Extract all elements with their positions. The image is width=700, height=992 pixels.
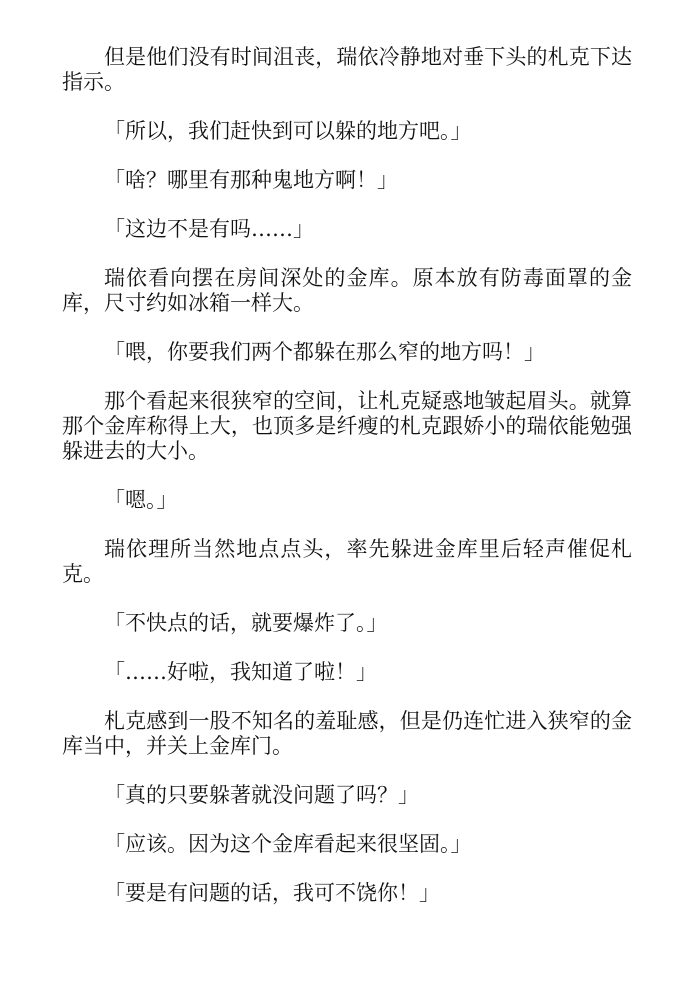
dialogue-paragraph: 「所以，我们赶快到可以躲的地方吧。」 [62, 119, 632, 144]
dialogue-paragraph: 「真的只要躲著就没问题了吗？」 [62, 783, 632, 808]
document-page: 但是他们没有时间沮丧，瑞依冷静地对垂下头的札克下达指示。 「所以，我们赶快到可以… [62, 45, 632, 930]
narration-paragraph: 但是他们没有时间沮丧，瑞依冷静地对垂下头的札克下达指示。 [62, 45, 632, 95]
narration-paragraph: 那个看起来很狭窄的空间，让札克疑惑地皱起眉头。就算那个金库称得上大，也顶多是纤瘦… [62, 389, 632, 464]
narration-paragraph: 瑞依看向摆在房间深处的金库。原本放有防毒面罩的金库，尺寸约如冰箱一样大。 [62, 266, 632, 316]
dialogue-paragraph: 「嗯。」 [62, 488, 632, 513]
dialogue-paragraph: 「这边不是有吗……」 [62, 217, 632, 242]
dialogue-paragraph: 「应该。因为这个金库看起来很坚固。」 [62, 832, 632, 857]
dialogue-paragraph: 「要是有问题的话，我可不饶你！」 [62, 881, 632, 906]
narration-paragraph: 札克感到一股不知名的羞耻感，但是仍连忙进入狭窄的金库当中，并关上金库门。 [62, 709, 632, 759]
dialogue-paragraph: 「啥？哪里有那种鬼地方啊！」 [62, 168, 632, 193]
dialogue-paragraph: 「喂，你要我们两个都躲在那么窄的地方吗！」 [62, 340, 632, 365]
dialogue-paragraph: 「……好啦，我知道了啦！」 [62, 660, 632, 685]
dialogue-paragraph: 「不快点的话，就要爆炸了。」 [62, 611, 632, 636]
narration-paragraph: 瑞依理所当然地点点头，率先躲进金库里后轻声催促札克。 [62, 537, 632, 587]
